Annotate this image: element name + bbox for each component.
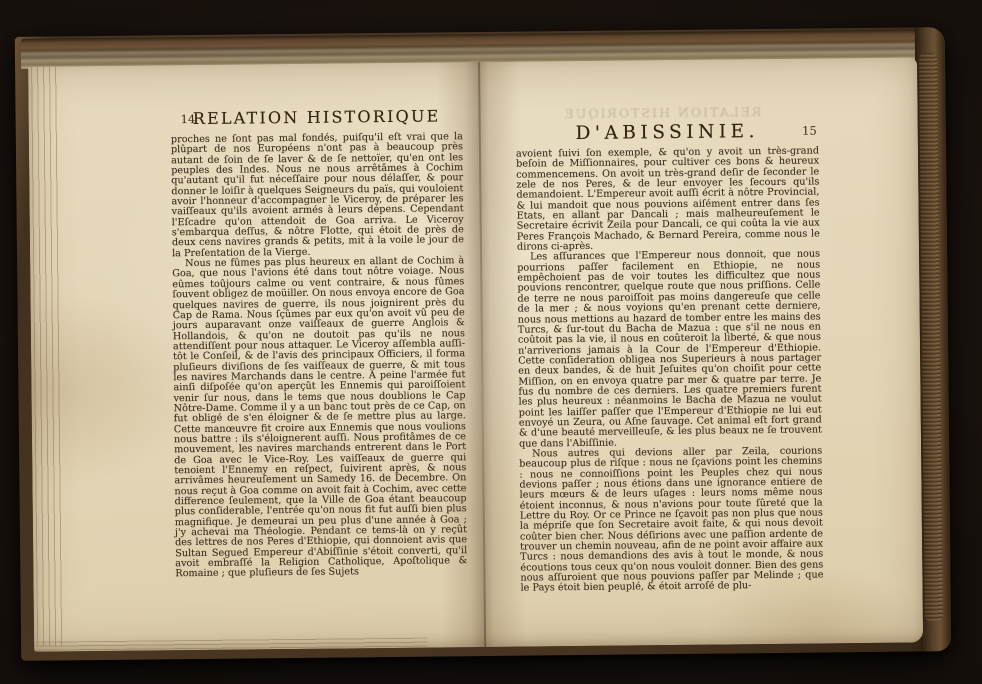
page-block-grain (919, 53, 943, 621)
paragraph: Nous ne fûmes pas plus heureux en allant… (172, 256, 467, 580)
gutter-crease (478, 62, 486, 647)
paragraph: Les aſſurances que l'Empereur nous donno… (517, 250, 822, 450)
page-stack-edges-bottom (36, 638, 427, 651)
book: 14 RELATION HISTORIQUE proches ne ſont p… (15, 27, 951, 661)
page-number: 15 (802, 123, 817, 137)
ink-bleed-through-text: RELATION HISTORIQUE (516, 104, 809, 122)
left-page-text: proches ne ſont pas mal fondés, puiſqu'i… (171, 132, 468, 580)
scan-background: { "book": { "colors": { "background": "#… (0, 0, 982, 684)
running-title: RELATION HISTORIQUE (171, 106, 463, 128)
left-page: 14 RELATION HISTORIQUE proches ne ſont p… (171, 106, 468, 580)
right-page-text: avoient ſuivi ſon exemple, & qu'on y avo… (516, 146, 824, 594)
left-page-header: 14 RELATION HISTORIQUE (171, 106, 463, 131)
paragraph: proches ne ſont pas mal fondés, puiſqu'i… (171, 132, 464, 259)
page-stack-edges-left (31, 66, 63, 645)
paragraph: avoient ſuivi ſon exemple, & qu'on y avo… (516, 146, 820, 253)
paragraph: Nous autres qui devions aller par Zeila,… (519, 446, 823, 594)
right-page-header: D'ABISSINIE. 15 (516, 120, 819, 145)
open-page-spread: 14 RELATION HISTORIQUE proches ne ſont p… (28, 57, 923, 651)
running-title: D'ABISSINIE. (516, 120, 819, 144)
page-number: 14 (181, 112, 196, 126)
right-page: RELATION HISTORIQUE D'ABISSINIE. 15 avoi… (516, 120, 824, 594)
gutter-shadow (436, 62, 526, 648)
